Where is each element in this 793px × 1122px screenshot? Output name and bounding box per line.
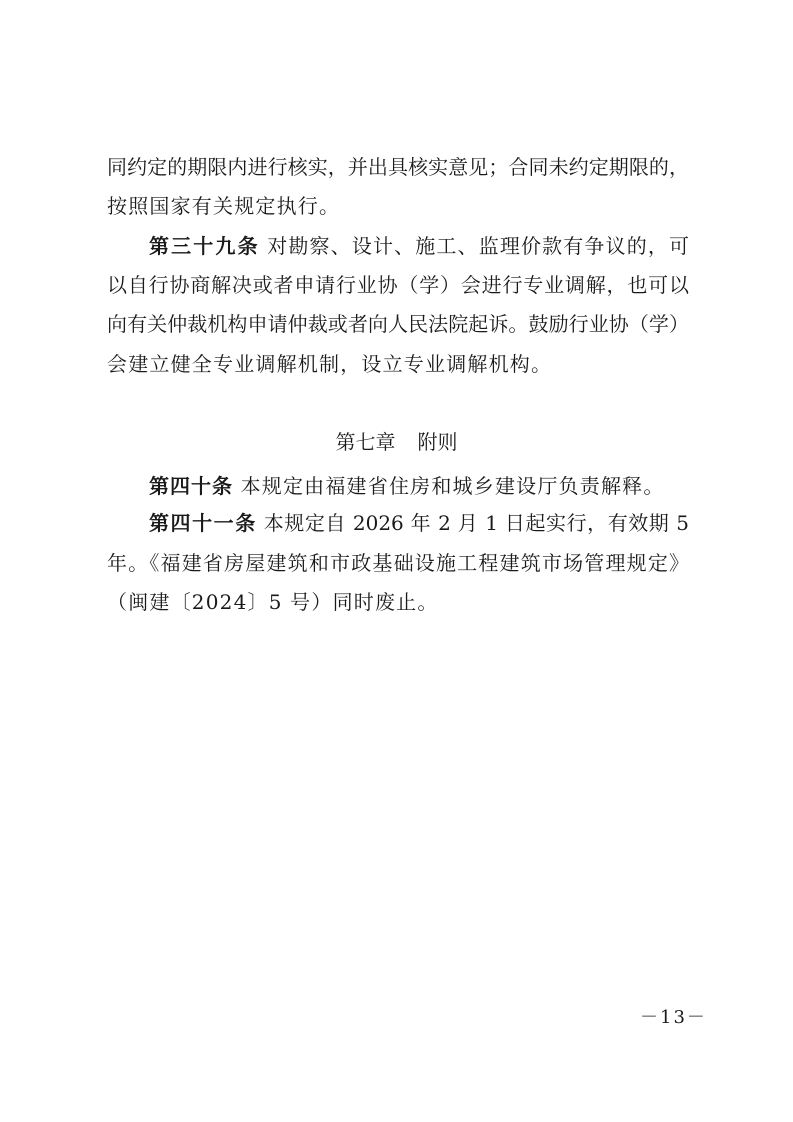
paragraph-line: 同约定的期限内进行核实，并出具核实意见；合同未约定期限的， [107,155,689,179]
chapter-title: 附则 [418,430,458,454]
paragraph-line: 年。《福建省房屋建筑和市政基础设施工程建筑市场管理规定》 [107,551,689,575]
article-40-label: 第四十条 [149,474,233,498]
article-39-text: 对勘察、设计、施工、监理价款有争议的，可 [267,234,689,258]
paragraph-line: （闽建〔2024〕5 号）同时废止。 [107,590,689,614]
article-40-text: 本规定由福建省住房和城乡建设厅负责解释。 [241,474,665,498]
article-40: 第四十条 本规定由福建省住房和城乡建设厅负责解释。 [149,474,689,498]
chapter-heading: 第七章附则 [0,430,793,454]
chapter-number: 第七章 [336,430,396,454]
article-39-line-1: 第三十九条 对勘察、设计、施工、监理价款有争议的，可 [149,234,689,258]
article-41-label: 第四十一条 [149,511,257,535]
paragraph-line: 会建立健全专业调解机制，设立专业调解机构。 [107,352,689,376]
page-number: －13－ [640,1003,707,1029]
article-39-label: 第三十九条 [149,234,260,258]
paragraph-line: 按照国家有关规定执行。 [107,194,689,218]
article-41-text: 本规定自 2026 年 2 月 1 日起实行，有效期 5 [264,511,689,535]
document-page: 同约定的期限内进行核实，并出具核实意见；合同未约定期限的， 按照国家有关规定执行… [0,0,793,1122]
paragraph-line: 以自行协商解决或者申请行业协（学）会进行专业调解，也可以 [107,273,689,297]
paragraph-line: 向有关仲裁机构申请仲裁或者向人民法院起诉。鼓励行业协（学） [107,312,689,336]
article-41-line-1: 第四十一条 本规定自 2026 年 2 月 1 日起实行，有效期 5 [149,511,689,535]
